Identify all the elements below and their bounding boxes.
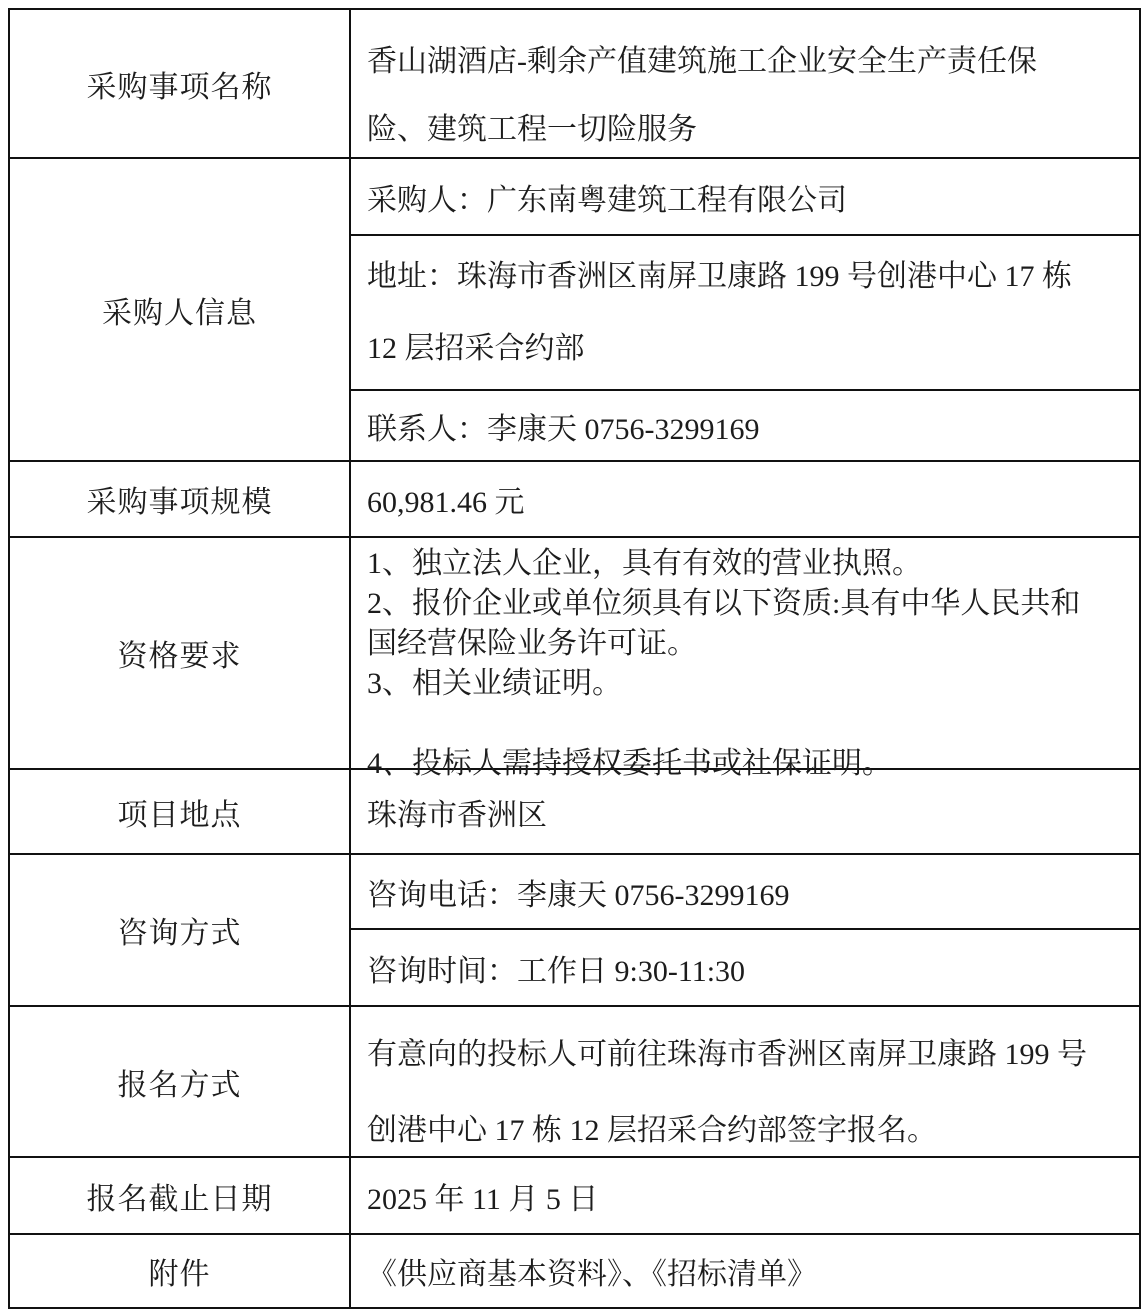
table-row: 项目地点 珠海市香洲区 xyxy=(10,768,1139,853)
table-row: 附件 《供应商基本资料》、《招标清单》 xyxy=(10,1233,1139,1307)
row-label-procurement-item-name: 采购事项名称 xyxy=(10,10,351,157)
buyer-name-value: 采购人：广东南粤建筑工程有限公司 xyxy=(351,159,1139,234)
registration-method-value: 有意向的投标人可前往珠海市香洲区南屏卫康路 199 号 创港中心 17 栋 12… xyxy=(351,1007,1139,1156)
table-row: 报名方式 有意向的投标人可前往珠海市香洲区南屏卫康路 199 号 创港中心 17… xyxy=(10,1005,1139,1156)
row-label-project-location: 项目地点 xyxy=(10,770,351,853)
row-label-attachments: 附件 xyxy=(10,1235,351,1307)
table-row: 采购事项规模 60,981.46 元 xyxy=(10,460,1139,536)
buyer-info-subrows: 采购人：广东南粤建筑工程有限公司 地址：珠海市香洲区南屏卫康路 199 号创港中… xyxy=(351,159,1139,460)
buyer-address-value: 地址：珠海市香洲区南屏卫康路 199 号创港中心 17 栋 12 层招采合约部 xyxy=(351,234,1139,389)
procurement-scale-value: 60,981.46 元 xyxy=(351,462,1139,536)
table-row: 采购人信息 采购人：广东南粤建筑工程有限公司 地址：珠海市香洲区南屏卫康路 19… xyxy=(10,157,1139,460)
row-label-registration-deadline: 报名截止日期 xyxy=(10,1158,351,1233)
inquiry-time-value: 咨询时间：工作日 9:30-11:30 xyxy=(351,928,1139,1005)
row-label-qualification-requirements: 资格要求 xyxy=(10,538,351,768)
row-label-registration-method: 报名方式 xyxy=(10,1007,351,1156)
qualification-requirements-value: 1、独立法人企业，具有有效的营业执照。 2、报价企业或单位须具有以下资质:具有中… xyxy=(351,538,1139,768)
table-row: 资格要求 1、独立法人企业，具有有效的营业执照。 2、报价企业或单位须具有以下资… xyxy=(10,536,1139,768)
inquiry-phone-value: 咨询电话：李康天 0756-3299169 xyxy=(351,855,1139,928)
registration-deadline-value: 2025 年 11 月 5 日 xyxy=(351,1158,1139,1233)
inquiry-method-subrows: 咨询电话：李康天 0756-3299169 咨询时间：工作日 9:30-11:3… xyxy=(351,855,1139,1005)
procurement-item-name-value: 香山湖酒店-剩余产值建筑施工企业安全生产责任保 险、建筑工程一切险服务 xyxy=(351,10,1139,157)
buyer-contact-value: 联系人：李康天 0756-3299169 xyxy=(351,389,1139,460)
attachments-value: 《供应商基本资料》、《招标清单》 xyxy=(351,1235,1139,1307)
row-label-inquiry-method: 咨询方式 xyxy=(10,855,351,1005)
table-row: 采购事项名称 香山湖酒店-剩余产值建筑施工企业安全生产责任保 险、建筑工程一切险… xyxy=(10,10,1139,157)
table-row: 报名截止日期 2025 年 11 月 5 日 xyxy=(10,1156,1139,1233)
row-label-procurement-scale: 采购事项规模 xyxy=(10,462,351,536)
project-location-value: 珠海市香洲区 xyxy=(351,770,1139,853)
row-label-buyer-info: 采购人信息 xyxy=(10,159,351,460)
procurement-notice-table: 采购事项名称 香山湖酒店-剩余产值建筑施工企业安全生产责任保 险、建筑工程一切险… xyxy=(8,8,1141,1309)
table-row: 咨询方式 咨询电话：李康天 0756-3299169 咨询时间：工作日 9:30… xyxy=(10,853,1139,1005)
